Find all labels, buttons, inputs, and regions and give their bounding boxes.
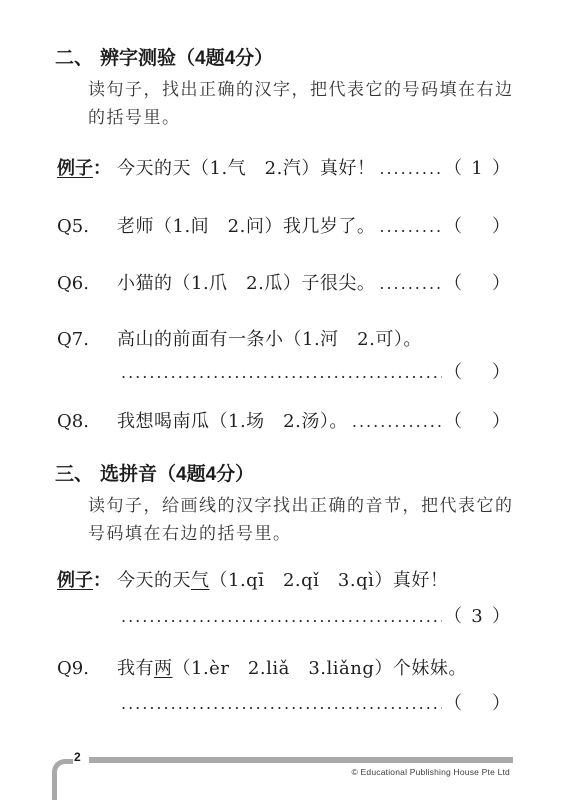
- section3-instructions: 读句子，给画线的汉字找出正确的音节，把代表它的 号码填在右边的括号里。: [88, 492, 514, 548]
- section3-title: 选拼音（4题4分）: [100, 464, 254, 486]
- dot-leader: ........................................…: [121, 604, 442, 630]
- question-row-q6: Q6. 小猫的（1.爪 2.瓜）子很尖。 ...................…: [57, 271, 510, 297]
- question-label: Q6.: [57, 271, 117, 297]
- answer-bracket: （3）: [444, 604, 510, 630]
- question-row-q9: Q9. 我有两（1.èr 2.liǎ 3.liǎng）个妹妹。: [57, 656, 510, 682]
- question-row-q8: Q8. 我想喝南瓜（1.场 2.汤）。 ....................…: [57, 409, 510, 435]
- question-label: Q9.: [57, 656, 117, 682]
- page-number: 2: [74, 750, 81, 764]
- answer-bracket: （1）: [444, 156, 510, 182]
- section2-instructions: 读句子，找出正确的汉字，把代表它的号码填在右边 的括号里。: [88, 76, 514, 132]
- question-row-q9-continuation: ........................................…: [57, 691, 510, 717]
- footer-rule: [89, 757, 513, 763]
- example-row: 例子： 今天的天（1.气 2.汽）真好！ ...................…: [57, 156, 510, 182]
- dot-leader: ........................................…: [379, 271, 442, 297]
- answer-bracket: （）: [444, 271, 510, 297]
- answer-value: 3: [462, 604, 492, 630]
- dot-leader: ........................................…: [379, 214, 442, 240]
- question-row-q7: Q7. 高山的前面有一条小（1.河 2.可）。: [57, 327, 510, 353]
- dot-leader: ........................................…: [121, 691, 442, 717]
- question-text: 我有两（1.èr 2.liǎ 3.liǎng）个妹妹。: [117, 656, 467, 682]
- question-label: Q8.: [57, 409, 117, 435]
- section2-number: 二、: [55, 48, 93, 70]
- example-text: 今天的天（1.气 2.汽）真好！: [117, 156, 375, 182]
- footer-corner-rule: [52, 759, 73, 800]
- example-label: 例子：: [57, 568, 117, 594]
- worksheet-page: 二、 辨字测验（4题4分） 读句子，找出正确的汉字，把代表它的号码填在右边 的括…: [0, 0, 566, 800]
- instruction-line: 的括号里。: [88, 104, 514, 132]
- underlined-character: 气: [191, 570, 210, 591]
- question-text: 我想喝南瓜（1.场 2.汤）。: [117, 409, 348, 435]
- example-text: 今天的天气（1.qī 2.qǐ 3.qì）真好！: [117, 568, 448, 594]
- section3-number: 三、: [55, 464, 93, 486]
- instruction-line: 号码填在右边的括号里。: [88, 520, 514, 548]
- section2-heading: 二、 辨字测验（4题4分）: [55, 48, 273, 70]
- question-text: 老师（1.间 2.问）我几岁了。: [117, 214, 375, 240]
- dot-leader: ........................................…: [379, 156, 442, 182]
- example-label: 例子：: [57, 156, 117, 182]
- instruction-line: 读句子，给画线的汉字找出正确的音节，把代表它的: [88, 492, 514, 520]
- example-row-pinyin-continuation: ........................................…: [57, 604, 510, 630]
- answer-bracket: （）: [444, 214, 510, 240]
- answer-bracket: （）: [444, 409, 510, 435]
- underlined-character: 两: [154, 658, 173, 679]
- answer-bracket: （）: [444, 360, 510, 386]
- question-label: Q7.: [57, 327, 117, 353]
- question-text: 小猫的（1.爪 2.瓜）子很尖。: [117, 271, 375, 297]
- question-label: Q5.: [57, 214, 117, 240]
- answer-value: 1: [462, 156, 492, 182]
- question-row-q7-continuation: ........................................…: [57, 360, 510, 386]
- section3-heading: 三、 选拼音（4题4分）: [55, 464, 254, 486]
- instruction-line: 读句子，找出正确的汉字，把代表它的号码填在右边: [88, 76, 514, 104]
- question-text: 高山的前面有一条小（1.河 2.可）。: [117, 327, 422, 353]
- question-row-q5: Q5. 老师（1.间 2.问）我几岁了。 ...................…: [57, 214, 510, 240]
- dot-leader: ........................................…: [352, 409, 442, 435]
- section2-title: 辨字测验（4题4分）: [100, 48, 273, 70]
- copyright-text: © Educational Publishing House Pte Ltd: [352, 767, 510, 777]
- answer-bracket: （）: [444, 691, 510, 717]
- dot-leader: ........................................…: [121, 360, 442, 386]
- example-row-pinyin: 例子： 今天的天气（1.qī 2.qǐ 3.qì）真好！: [57, 568, 510, 594]
